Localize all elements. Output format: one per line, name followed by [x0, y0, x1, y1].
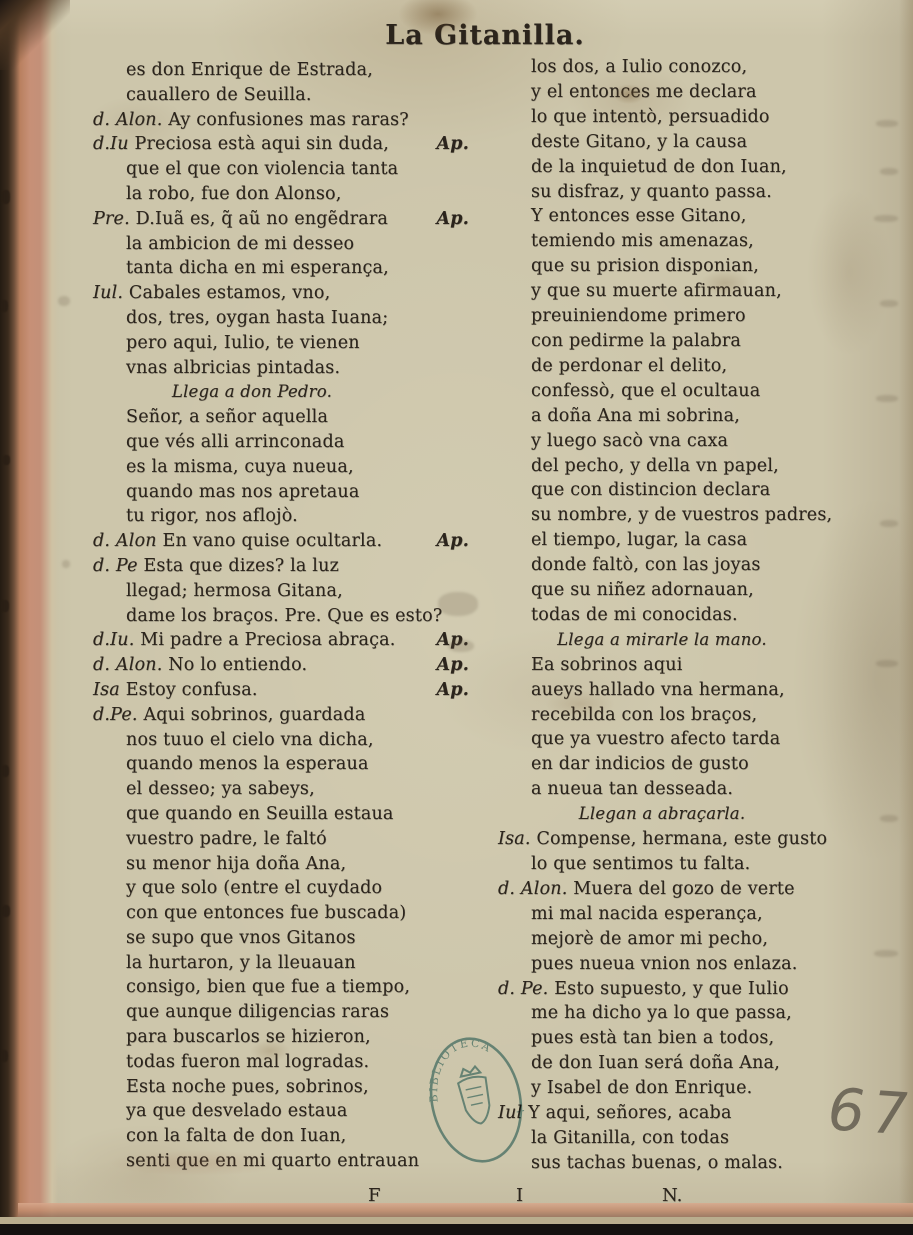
text-line: que el que con violencia tanta — [93, 157, 471, 182]
verse-text: Estoy confusa. — [126, 680, 258, 700]
text-line: que ya vuestro afecto tarda — [498, 727, 886, 752]
text-line: ya que desvelado estaua — [93, 1099, 471, 1124]
verse-text: Cabales estamos, vno, — [129, 283, 330, 303]
text-line: aueys hallado vna hermana, — [498, 678, 886, 703]
stage-direction: Llega a mirarle la mano. — [498, 628, 886, 653]
verse-text: tanta dicha en mi esperança, — [126, 258, 389, 278]
text-line: con la falta de don Iuan, — [93, 1124, 471, 1149]
verse-text: Llegan a abraçarla. — [579, 804, 746, 823]
verse-text: preuiniendome primero — [531, 306, 746, 326]
verse-text: el desseo; ya sabeys, — [126, 779, 315, 799]
text-line: d. Alon. Muera del gozo de verte — [498, 877, 886, 902]
text-line: lo que intentò, persuadido — [498, 105, 886, 130]
text-line: donde faltò, con las joyas — [498, 553, 886, 578]
text-line: de perdonar el delito, — [498, 354, 886, 379]
scan-background-band — [0, 1224, 913, 1235]
speaker-label: Pre. — [93, 209, 136, 229]
verse-text: Ea sobrinos aqui — [531, 655, 683, 675]
verse-text: todas fueron mal logradas. — [126, 1052, 369, 1072]
text-line: y que su muerte afirmauan, — [498, 279, 886, 304]
text-line: sus tachas buenas, o malas. — [498, 1151, 886, 1176]
verse-text: de la inquietud de don Iuan, — [531, 157, 787, 177]
text-line: me ha dicho ya lo que passa, — [498, 1001, 886, 1026]
text-line: y que solo (entre el cuydado — [93, 876, 471, 901]
text-line: con que entonces fue buscada) — [93, 901, 471, 926]
verse-text: todas de mi conocidas. — [531, 605, 738, 625]
verse-text: lo que intentò, persuadido — [531, 107, 770, 127]
scanned-book-page: La Gitanilla. es don Enrique de Estrada,… — [0, 0, 913, 1235]
text-line: lo que sentimos tu falta. — [498, 852, 886, 877]
text-line: el desseo; ya sabeys, — [93, 777, 471, 802]
text-line: d. Pe. Esto supuesto, y que Iulio — [498, 977, 886, 1002]
verse-text: Llega a don Pedro. — [172, 382, 332, 401]
verse-text: Mi padre a Preciosa abraça. — [140, 630, 395, 650]
page-title: La Gitanilla. — [90, 20, 880, 51]
stage-direction: Llegan a abraçarla. — [498, 802, 886, 827]
verse-text: que ya vuestro afecto tarda — [531, 729, 780, 749]
text-line: que su niñez adornauan, — [498, 578, 886, 603]
text-line: d. Alon. No lo entiendo.Ap. — [93, 653, 471, 678]
verse-text: ya que desvelado estaua — [126, 1101, 348, 1121]
spine-corner-shadow — [0, 0, 70, 70]
speaker-label: d. Alon — [93, 531, 163, 551]
text-line: a nueua tan desseada. — [498, 777, 886, 802]
speaker-label: Iul. — [93, 283, 129, 303]
text-line: mi mal nacida esperança, — [498, 902, 886, 927]
stamp-crest-icon — [455, 1065, 494, 1127]
text-line: d.Pe. Aqui sobrinos, guardada — [93, 703, 471, 728]
verse-text: Señor, a señor aquella — [126, 407, 328, 427]
verse-text: pues nueua vnion nos enlaza. — [531, 954, 798, 974]
text-line: vuestro padre, le faltó — [93, 827, 471, 852]
verse-text: de perdonar el delito, — [531, 356, 727, 376]
verse-text: consigo, bien que fue a tiempo, — [126, 977, 410, 997]
stage-direction: Llega a don Pedro. — [93, 380, 471, 405]
text-line: para buscarlos se hizieron, — [93, 1025, 471, 1050]
text-line: senti que en mi quarto entrauan — [93, 1149, 471, 1174]
verse-text: Preciosa està aqui sin duda, — [135, 134, 390, 154]
page-right-edge — [899, 0, 913, 1235]
verse-text: es la misma, cuya nueua, — [126, 457, 354, 477]
text-line: y Isabel de don Enrique. — [498, 1076, 886, 1101]
verse-text: quando menos la esperaua — [126, 754, 369, 774]
text-line: Isa Estoy confusa.Ap. — [93, 678, 471, 703]
verse-text: la hurtaron, y la lleuauan — [126, 953, 356, 973]
verse-text: se supo que vnos Gitanos — [126, 928, 356, 948]
text-line: Esta noche pues, sobrinos, — [93, 1075, 471, 1100]
text-line: pero aqui, Iulio, te vienen — [93, 331, 471, 356]
verse-text: que el que con violencia tanta — [126, 159, 398, 179]
verse-text: pero aqui, Iulio, te vienen — [126, 333, 360, 353]
verse-text: su nombre, y de vuestros padres, — [531, 505, 832, 525]
speaker-label: d.Iu. — [93, 630, 140, 650]
text-line: mejorè de amor mi pecho, — [498, 927, 886, 952]
text-line: con pedirme la palabra — [498, 329, 886, 354]
verse-text: llegad; hermosa Gitana, — [126, 581, 343, 601]
text-line: Isa. Compense, hermana, este gusto — [498, 827, 886, 852]
text-line: se supo que vnos Gitanos — [93, 926, 471, 951]
verse-text: que su niñez adornauan, — [531, 580, 754, 600]
text-line: su menor hija doña Ana, — [93, 852, 471, 877]
text-line: Y entonces esse Gitano, — [498, 204, 886, 229]
text-line: la robo, fue don Alonso, — [93, 182, 471, 207]
verse-text: Esto supuesto, y que Iulio — [554, 979, 789, 999]
verse-text: D.Iuã es, q̃ aũ no engẽdrara — [136, 209, 388, 229]
bottom-red-edge — [18, 1203, 913, 1217]
verse-text: aueys hallado vna hermana, — [531, 680, 785, 700]
verse-text: Aqui sobrinos, guardada — [143, 705, 365, 725]
text-line: Iul. Cabales estamos, vno, — [93, 281, 471, 306]
verse-text: con pedirme la palabra — [531, 331, 741, 351]
verse-text: donde faltò, con las joyas — [531, 555, 761, 575]
verse-text: a doña Ana mi sobrina, — [531, 406, 740, 426]
text-line: Ea sobrinos aqui — [498, 653, 886, 678]
show-through-mark — [58, 296, 70, 306]
text-line: del pecho, y della vn papel, — [498, 454, 886, 479]
verse-text: el tiempo, lugar, la casa — [531, 530, 747, 550]
verse-text: en dar indicios de gusto — [531, 754, 749, 774]
verse-text: Y entonces esse Gitano, — [531, 206, 747, 226]
text-line: pues està tan bien a todos, — [498, 1026, 886, 1051]
verse-text: la Gitanilla, con todas — [531, 1128, 729, 1148]
text-line: todas fueron mal logradas. — [93, 1050, 471, 1075]
text-line: en dar indicios de gusto — [498, 752, 886, 777]
verse-text: es don Enrique de Estrada, — [126, 60, 373, 80]
verse-text: No lo entiendo. — [168, 655, 307, 675]
text-line: confessò, que el ocultaua — [498, 379, 886, 404]
text-line: la hurtaron, y la lleuauan — [93, 951, 471, 976]
speaker-label: d. Pe. — [498, 979, 554, 999]
text-line: tanta dicha en mi esperança, — [93, 256, 471, 281]
verse-text: los dos, a Iulio conozco, — [531, 57, 747, 77]
verse-text: dos, tres, oygan hasta Iuana; — [126, 308, 388, 328]
text-line: su disfraz, y quanto passa. — [498, 180, 886, 205]
verse-text: pues està tan bien a todos, — [531, 1028, 774, 1048]
text-line: d. Pe Esta que dizes? la luz — [93, 554, 471, 579]
text-line: d. Alon. Ay confusiones mas raras? — [93, 108, 471, 133]
speaker-label: d. Alon. — [93, 110, 168, 130]
verse-text: dame los braços. Pre. Que es esto? — [126, 606, 442, 626]
text-line: dos, tres, oygan hasta Iuana; — [93, 306, 471, 331]
verse-text: cauallero de Seuilla. — [126, 85, 312, 105]
aside-marker: Ap. — [436, 628, 469, 653]
text-line: es la misma, cuya nueua, — [93, 455, 471, 480]
verse-text: la robo, fue don Alonso, — [126, 184, 342, 204]
text-line: cauallero de Seuilla. — [93, 83, 471, 108]
text-line: de la inquietud de don Iuan, — [498, 155, 886, 180]
handwritten-page-number: 67 — [821, 1075, 913, 1148]
verse-text: temiendo mis amenazas, — [531, 231, 754, 251]
text-line: nos tuuo el cielo vna dicha, — [93, 728, 471, 753]
text-line: y luego sacò vna caxa — [498, 429, 886, 454]
speaker-label: d. Alon. — [498, 879, 573, 899]
verse-text: que vés alli arrinconada — [126, 432, 344, 452]
verse-text: sus tachas buenas, o malas. — [531, 1153, 783, 1173]
text-line: consigo, bien que fue a tiempo, — [93, 975, 471, 1000]
verse-text: su menor hija doña Ana, — [126, 854, 346, 874]
speaker-label: Isa. — [498, 829, 536, 849]
verse-text: que quando en Seuilla estaua — [126, 804, 394, 824]
text-line: dame los braços. Pre. Que es esto? — [93, 604, 471, 629]
text-column-left: es don Enrique de Estrada,cauallero de S… — [93, 58, 471, 1174]
verse-text: de don Iuan será doña Ana, — [531, 1053, 780, 1073]
text-line: que su prision disponian, — [498, 254, 886, 279]
text-line: vnas albricias pintadas. — [93, 356, 471, 381]
verse-text: del pecho, y della vn papel, — [531, 456, 779, 476]
text-line: quando menos la esperaua — [93, 752, 471, 777]
text-line: temiendo mis amenazas, — [498, 229, 886, 254]
text-line: su nombre, y de vuestros padres, — [498, 503, 886, 528]
verse-text: Muera del gozo de verte — [573, 879, 794, 899]
text-line: deste Gitano, y la causa — [498, 130, 886, 155]
verse-text: que aunque diligencias raras — [126, 1002, 389, 1022]
verse-text: y luego sacò vna caxa — [531, 431, 728, 451]
verse-text: Esta noche pues, sobrinos, — [126, 1077, 369, 1097]
svg-text:BIBLIOTECA: BIBLIOTECA — [416, 1031, 504, 1105]
stamp-cross-icon: + — [514, 1103, 527, 1119]
stamp-text: BIBLIOTECA — [416, 1031, 504, 1105]
speaker-label: d. Pe — [93, 556, 143, 576]
verse-text: Llega a mirarle la mano. — [557, 630, 767, 649]
aside-marker: Ap. — [436, 678, 469, 703]
verse-text: Esta que dizes? la luz — [143, 556, 339, 576]
text-line: tu rigor, nos aflojò. — [93, 504, 471, 529]
text-line: quando mas nos apretaua — [93, 480, 471, 505]
text-line: que vés alli arrinconada — [93, 430, 471, 455]
text-line: pues nueua vnion nos enlaza. — [498, 952, 886, 977]
book-spine-edge — [0, 0, 58, 1235]
text-line: y el entonces me declara — [498, 80, 886, 105]
verse-text: con que entonces fue buscada) — [126, 903, 406, 923]
text-line: los dos, a Iulio conozco, — [498, 55, 886, 80]
verse-text: me ha dicho ya lo que passa, — [531, 1003, 792, 1023]
text-line: todas de mi conocidas. — [498, 603, 886, 628]
aside-marker: Ap. — [436, 653, 469, 678]
text-line: d.Iu Preciosa està aqui sin duda,Ap. — [93, 132, 471, 157]
text-line: que con distincion declara — [498, 478, 886, 503]
verse-text: lo que sentimos tu falta. — [531, 854, 750, 874]
verse-text: quando mas nos apretaua — [126, 482, 360, 502]
aside-marker: Ap. — [436, 207, 469, 232]
speaker-label: d. Alon. — [93, 655, 168, 675]
verse-text: Ay confusiones mas raras? — [168, 110, 409, 130]
verse-text: y que solo (entre el cuydado — [126, 878, 382, 898]
verse-text: y el entonces me declara — [531, 82, 757, 102]
verse-text: a nueua tan desseada. — [531, 779, 733, 799]
verse-text: recebilda con los braços, — [531, 705, 757, 725]
text-line: que quando en Seuilla estaua — [93, 802, 471, 827]
text-line: recebilda con los braços, — [498, 703, 886, 728]
verse-text: la ambicion de mi desseo — [126, 234, 354, 254]
speaker-label: d.Iu — [93, 134, 135, 154]
text-line: de don Iuan será doña Ana, — [498, 1051, 886, 1076]
verse-text: tu rigor, nos aflojò. — [126, 506, 298, 526]
verse-text: Y aqui, señores, acaba — [528, 1103, 731, 1123]
text-line: llegad; hermosa Gitana, — [93, 579, 471, 604]
verse-text: En vano quise ocultarla. — [163, 531, 383, 551]
verse-text: vuestro padre, le faltó — [126, 829, 327, 849]
aside-marker: Ap. — [436, 529, 469, 554]
text-line: a doña Ana mi sobrina, — [498, 404, 886, 429]
text-line: Pre. D.Iuã es, q̃ aũ no engẽdraraAp. — [93, 207, 471, 232]
verse-text: mi mal nacida esperança, — [531, 904, 763, 924]
verse-text: senti que en mi quarto entrauan — [126, 1151, 419, 1171]
verse-text: y que su muerte afirmauan, — [531, 281, 782, 301]
text-line: d.Iu. Mi padre a Preciosa abraça.Ap. — [93, 628, 471, 653]
verse-text: mejorè de amor mi pecho, — [531, 929, 768, 949]
verse-text: para buscarlos se hizieron, — [126, 1027, 371, 1047]
verse-text: vnas albricias pintadas. — [126, 358, 340, 378]
speaker-label: Isa — [93, 680, 126, 700]
aside-marker: Ap. — [436, 132, 469, 157]
verse-text: que con distincion declara — [531, 480, 770, 500]
text-line: es don Enrique de Estrada, — [93, 58, 471, 83]
text-line: d. Alon En vano quise ocultarla.Ap. — [93, 529, 471, 554]
verse-text: Compense, hermana, este gusto — [536, 829, 827, 849]
text-column-right: los dos, a Iulio conozco,y el entonces m… — [498, 55, 886, 1176]
speaker-label: d.Pe. — [93, 705, 143, 725]
text-line: que aunque diligencias raras — [93, 1000, 471, 1025]
verse-text: nos tuuo el cielo vna dicha, — [126, 730, 374, 750]
verse-text: y Isabel de don Enrique. — [531, 1078, 752, 1098]
verse-text: su disfraz, y quanto passa. — [531, 182, 772, 202]
text-line: Señor, a señor aquella — [93, 405, 471, 430]
verse-text: confessò, que el ocultaua — [531, 381, 760, 401]
text-line: la ambicion de mi desseo — [93, 232, 471, 257]
text-line: preuiniendome primero — [498, 304, 886, 329]
verse-text: con la falta de don Iuan, — [126, 1126, 346, 1146]
show-through-mark — [62, 560, 70, 568]
text-line: el tiempo, lugar, la casa — [498, 528, 886, 553]
verse-text: que su prision disponian, — [531, 256, 759, 276]
verse-text: deste Gitano, y la causa — [531, 132, 747, 152]
